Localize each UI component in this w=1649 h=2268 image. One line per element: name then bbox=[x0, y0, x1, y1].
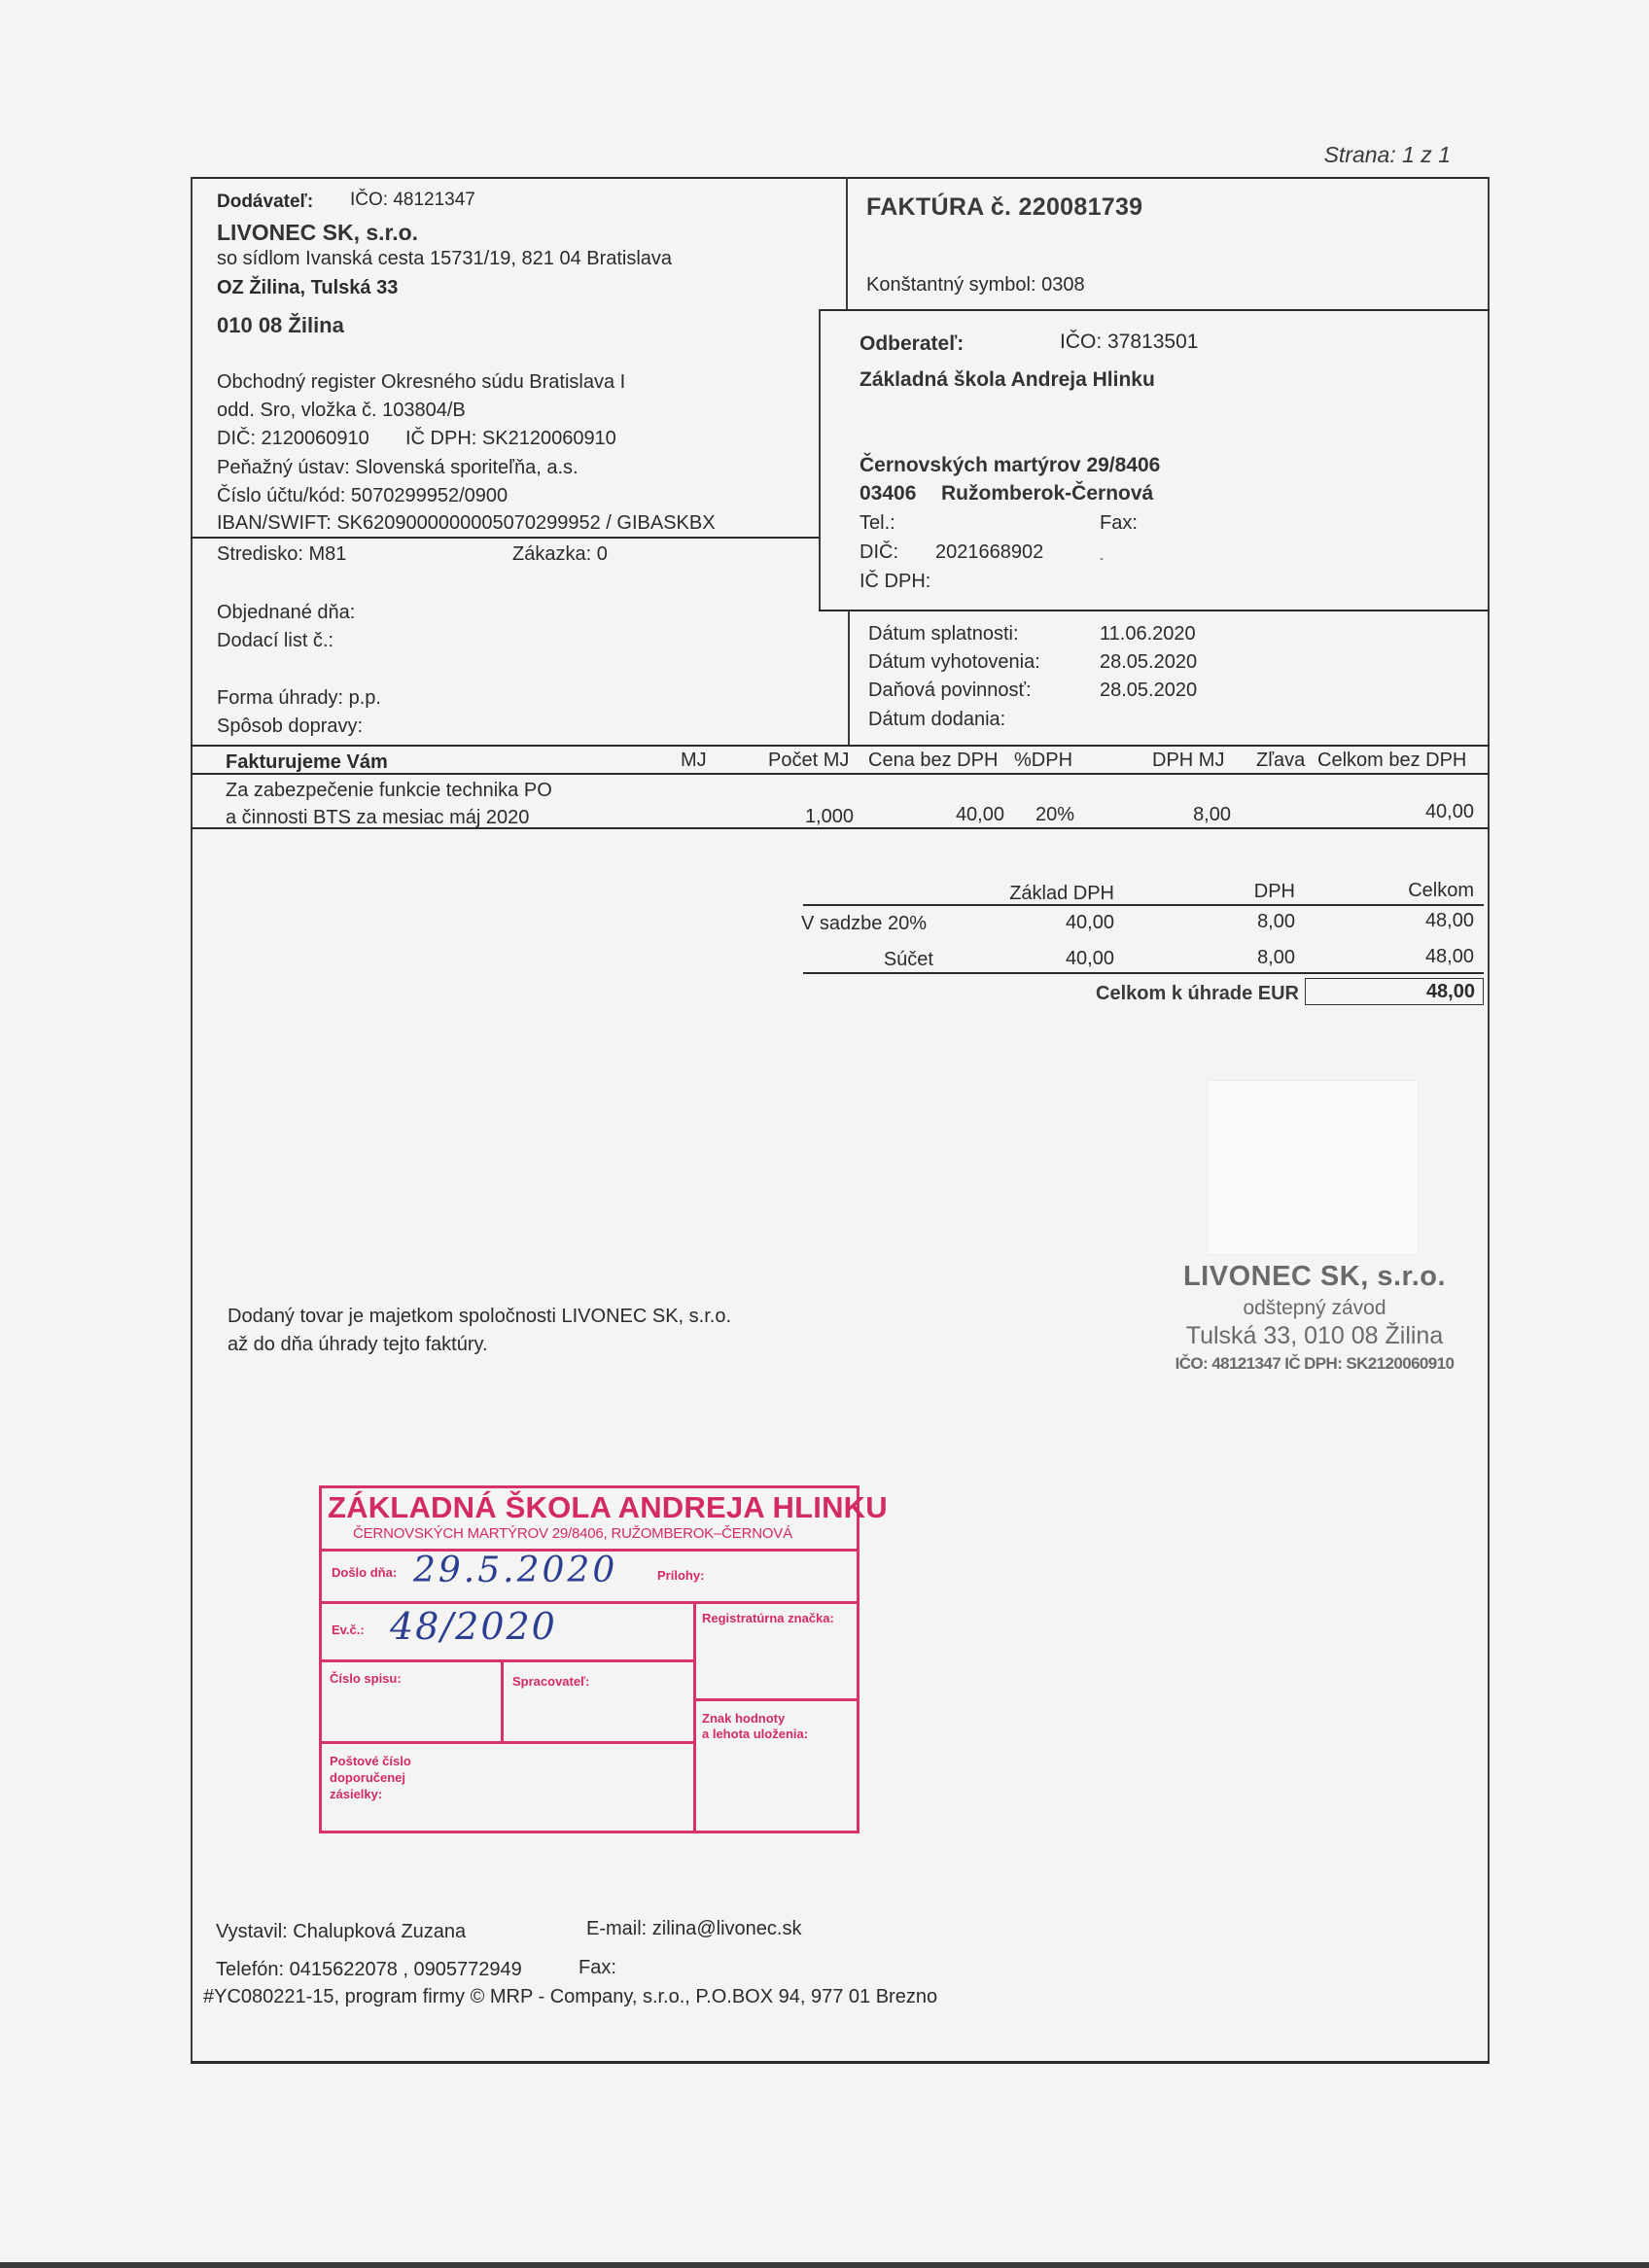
stamp-processor-label: Spracovateľ: bbox=[512, 1673, 589, 1690]
col-unit-price: Cena bez DPH bbox=[868, 749, 998, 772]
customer-fax-label: Fax: bbox=[1100, 511, 1138, 535]
date-value: 11.06.2020 bbox=[1100, 622, 1196, 646]
grand-total-value: 48,00 bbox=[1426, 980, 1475, 1003]
customer-dic-value: 2021668902 bbox=[935, 541, 1043, 564]
stamp-record-no-value: 48/2020 bbox=[390, 1605, 557, 1648]
supplier-bank: Peňažný ústav: Slovenská sporiteľňa, a.s… bbox=[217, 456, 579, 479]
items-table-top bbox=[191, 745, 1490, 747]
summary-sum-total: 48,00 bbox=[1342, 945, 1474, 968]
supplier-account: Číslo účtu/kód: 5070299952/0900 bbox=[217, 484, 508, 507]
summary-header-line bbox=[803, 904, 1484, 906]
frame-top-border bbox=[191, 177, 1490, 179]
order-number: Zákazka: 0 bbox=[512, 542, 608, 566]
customer-dic-label: DIČ: bbox=[860, 541, 898, 564]
customer-name: Základná škola Andreja Hlinku bbox=[860, 368, 1155, 392]
signature-sticker bbox=[1208, 1081, 1418, 1254]
date-value: 28.05.2020 bbox=[1100, 650, 1197, 674]
transport-method: Spôsob dopravy: bbox=[217, 715, 363, 738]
item-description-line1: Za zabezpečenie funkcie technika PO bbox=[226, 779, 552, 802]
stamp-value-mark-label-2: a lehota uloženia: bbox=[702, 1726, 808, 1742]
customer-box-bottom bbox=[819, 610, 1490, 611]
stamp-line bbox=[693, 1601, 696, 1831]
stamp-record-no-label: Ev.č.: bbox=[332, 1622, 365, 1638]
col-vat-per-unit: DPH MJ bbox=[1152, 749, 1224, 772]
stamp-postal-label-2: doporučenej bbox=[330, 1769, 405, 1786]
item-vat-rate: 20% bbox=[1035, 803, 1074, 826]
customer-box-top bbox=[819, 309, 1490, 311]
customer-ico: IČO: 37813501 bbox=[1060, 331, 1198, 354]
dates-divider bbox=[848, 611, 850, 745]
col-vat-rate: %DPH bbox=[1014, 749, 1072, 772]
col-unit: MJ bbox=[681, 749, 707, 772]
customer-dash: - bbox=[1100, 546, 1104, 570]
frame-right-border bbox=[1488, 177, 1490, 2063]
header-divider bbox=[846, 177, 848, 309]
stamp-line bbox=[322, 1741, 693, 1744]
invoice-title: FAKTÚRA č. 220081739 bbox=[866, 193, 1142, 222]
supplier-ico: IČO: 48121347 bbox=[350, 189, 475, 212]
supplier-label: Dodávateľ: bbox=[217, 191, 313, 214]
constant-symbol: Konštantný symbol: 0308 bbox=[866, 273, 1085, 297]
company-stamp-ids: IČO: 48121347 IČ DPH: SK2120060910 bbox=[1149, 1354, 1480, 1374]
summary-col-base: Základ DPH bbox=[972, 882, 1114, 905]
summary-col-vat: DPH bbox=[1167, 880, 1295, 903]
supplier-ic-dph: IČ DPH: SK2120060910 bbox=[405, 427, 616, 450]
payment-form: Forma úhrady: p.p. bbox=[217, 686, 381, 710]
col-discount: Zľava bbox=[1256, 749, 1305, 772]
stamp-received-value: 29.5.2020 bbox=[413, 1551, 617, 1590]
item-vat-per-unit: 8,00 bbox=[1118, 803, 1231, 826]
ownership-note-line2: až do dňa úhrady tejto faktúry. bbox=[228, 1333, 488, 1356]
company-stamp-address: Tulská 33, 010 08 Žilina bbox=[1149, 1322, 1480, 1350]
supplier-name: LIVONEC SK, s.r.o. bbox=[217, 220, 418, 246]
stamp-received-label: Došlo dňa: bbox=[332, 1564, 397, 1581]
customer-tel-label: Tel.: bbox=[860, 511, 895, 535]
company-stamp-division: odštepný závod bbox=[1149, 1297, 1480, 1320]
item-description-line2: a činnosti BTS za mesiac máj 2020 bbox=[226, 806, 529, 829]
stamp-registry-mark-label: Registratúrna značka: bbox=[702, 1610, 834, 1626]
summary-rate-label: V sadzbe 20% bbox=[801, 912, 927, 935]
item-total-net: 40,00 bbox=[1342, 800, 1474, 823]
date-label: Dátum splatnosti: bbox=[868, 622, 1019, 646]
cost-center: Stredisko: M81 bbox=[217, 542, 346, 566]
issuer-phone: Telefón: 0415622078 , 0905772949 bbox=[216, 1958, 522, 1981]
stamp-line bbox=[501, 1659, 504, 1741]
supplier-seat: so sídlom Ivanská cesta 15731/19, 821 04… bbox=[217, 247, 672, 270]
item-quantity: 1,000 bbox=[739, 805, 854, 828]
ownership-note-line1: Dodaný tovar je majetkom spoločnosti LIV… bbox=[228, 1305, 731, 1328]
issuer-email: E-mail: zilina@livonec.sk bbox=[586, 1917, 801, 1940]
stamp-school-name: ZÁKLADNÁ ŠKOLA ANDREJA HLINKU bbox=[328, 1490, 888, 1525]
customer-box-left bbox=[819, 309, 821, 611]
company-stamp-name: LIVONEC SK, s.r.o. bbox=[1149, 1261, 1480, 1293]
frame-bottom-border bbox=[191, 2061, 1490, 2064]
summary-sum-label: Súčet bbox=[801, 948, 933, 971]
supplier-branch: OZ Žilina, Tulská 33 bbox=[217, 276, 398, 299]
date-label: Daňová povinnosť: bbox=[868, 679, 1032, 702]
grand-total-box: 48,00 bbox=[1305, 978, 1484, 1005]
col-quantity: Počet MJ bbox=[768, 749, 849, 772]
supplier-block-bottom bbox=[191, 537, 819, 539]
stamp-postal-label-3: zásielky: bbox=[330, 1786, 382, 1802]
delivery-note: Dodací list č.: bbox=[217, 629, 333, 652]
date-value: 28.05.2020 bbox=[1100, 679, 1197, 702]
summary-sum-line bbox=[803, 972, 1484, 974]
col-description: Fakturujeme Vám bbox=[226, 750, 388, 774]
stamp-line bbox=[693, 1698, 857, 1701]
issuer-fax: Fax: bbox=[579, 1956, 616, 1979]
ordered-on: Objednané dňa: bbox=[217, 601, 355, 624]
stamp-file-no-label: Číslo spisu: bbox=[330, 1670, 402, 1687]
grand-total-label: Celkom k úhrade EUR bbox=[1050, 982, 1299, 1005]
stamp-postal-label-1: Poštové číslo bbox=[330, 1753, 411, 1769]
customer-ic-dph-label: IČ DPH: bbox=[860, 570, 930, 593]
supplier-city: 010 08 Žilina bbox=[217, 313, 344, 338]
customer-street: Černovských martýrov 29/8406 bbox=[860, 454, 1160, 477]
summary-rate-total: 48,00 bbox=[1342, 909, 1474, 932]
date-label: Dátum dodania: bbox=[868, 708, 1005, 731]
scan-edge bbox=[0, 2262, 1649, 2268]
stamp-school-address: ČERNOVSKÝCH MARTÝROV 29/8406, RUŽOMBEROK… bbox=[353, 1525, 792, 1542]
item-unit-price: 40,00 bbox=[875, 803, 1004, 826]
summary-sum-vat: 8,00 bbox=[1167, 946, 1295, 969]
customer-zip: 03406 bbox=[860, 482, 916, 506]
summary-rate-base: 40,00 bbox=[972, 911, 1114, 934]
summary-rate-vat: 8,00 bbox=[1167, 910, 1295, 933]
date-label: Dátum vyhotovenia: bbox=[868, 650, 1040, 674]
customer-city: Ružomberok-Černová bbox=[941, 482, 1153, 506]
supplier-iban: IBAN/SWIFT: SK6209000000005070299952 / G… bbox=[217, 511, 716, 535]
customer-label: Odberateľ: bbox=[860, 332, 964, 356]
registry-stamp: ZÁKLADNÁ ŠKOLA ANDREJA HLINKU ČERNOVSKÝC… bbox=[319, 1485, 860, 1833]
frame-left-border bbox=[191, 177, 193, 2063]
supplier-register-1: Obchodný register Okresného súdu Bratisl… bbox=[217, 370, 625, 394]
col-total-net: Celkom bez DPH bbox=[1317, 749, 1466, 772]
summary-sum-base: 40,00 bbox=[972, 947, 1114, 970]
stamp-attachments-label: Prílohy: bbox=[657, 1567, 704, 1584]
issued-by: Vystavil: Chalupková Zuzana bbox=[216, 1920, 466, 1943]
stamp-line bbox=[322, 1659, 693, 1662]
supplier-register-2: odd. Sro, vložka č. 103804/B bbox=[217, 399, 466, 422]
page-number: Strana: 1 z 1 bbox=[1324, 142, 1451, 168]
supplier-dic: DIČ: 2120060910 bbox=[217, 427, 369, 450]
software-credit: #YC080221-15, program firmy © MRP - Comp… bbox=[203, 1985, 937, 2008]
stamp-value-mark-label-1: Znak hodnoty bbox=[702, 1710, 785, 1727]
summary-col-total: Celkom bbox=[1342, 879, 1474, 902]
stamp-line bbox=[322, 1601, 857, 1604]
